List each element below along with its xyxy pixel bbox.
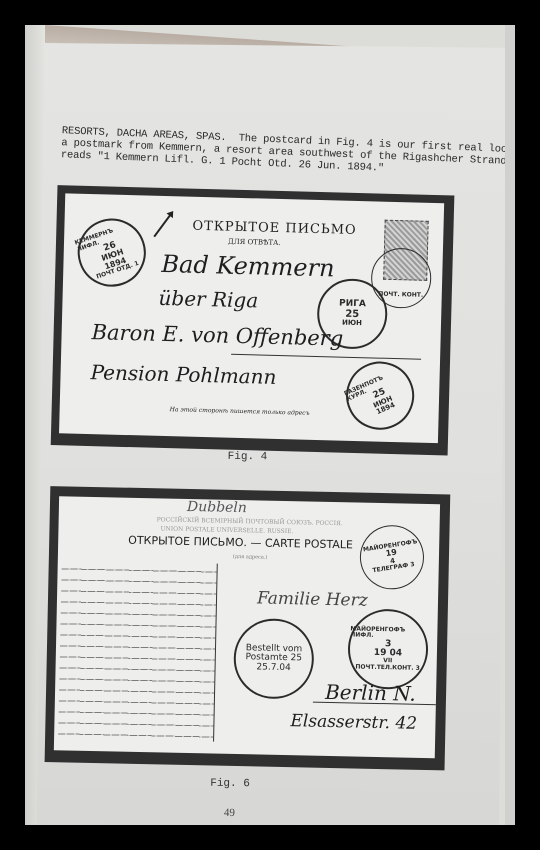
document-page: RESORTS, DACHA AREAS, SPAS. The postcard… xyxy=(37,43,507,825)
handwritten-message xyxy=(58,560,218,741)
address-underline xyxy=(231,354,421,360)
postmark-majorenhof: МАЙОРЕНГОФЪ ЛИФЛ. 3 19 04 VII ПОЧТ.ТЕЛ.К… xyxy=(347,608,429,690)
card-title: ОТКРЫТОЕ ПИСЬМО xyxy=(192,219,357,238)
upu-line-2: UNION POSTALE UNIVERSELLE. RUSSIE. xyxy=(160,525,293,535)
card-footer-note: На этой сторонѣ пишется только адресъ xyxy=(170,406,310,417)
postcard-fig4: ОТКРЫТОЕ ПИСЬМО ДЛЯ ОТВѢТА. КЕММЕРНЪ ЛИФ… xyxy=(59,193,444,443)
address-line-3: Elsasserstr. 42 xyxy=(290,711,417,734)
postmark-majorenhof-telegraph: МАЙОРЕНГОФЪ 19 4 ТЕЛЕГРАФ 3 xyxy=(355,521,428,594)
address-line-3: Baron E. von Offenberg xyxy=(91,320,343,351)
postmark-kemmern: КЕММЕРНЪ ЛИФЛ. 26 ИЮН 1894 ПОЧТ ОТД. 1 xyxy=(69,210,155,296)
postmark-stamp-cancel: ПОЧТ. КОНТ. xyxy=(370,247,432,309)
page-edge xyxy=(505,25,515,825)
figure-6-frame: Dubbeln РОССІЙСКІЙ ВСЕМІРНЫЙ ПОЧТОВЫЙ СО… xyxy=(45,486,451,770)
postmark-bestellt: Bestellt vom Postamte 25 25.7.04 xyxy=(233,618,315,700)
photo-frame: RESORTS, DACHA AREAS, SPAS. The postcard… xyxy=(25,25,515,825)
postmark-hasenpoth: ГАЗЕНПОТЪ КУРЛ. 25 ИЮН 1894 xyxy=(335,351,424,440)
postcard-fig6: Dubbeln РОССІЙСКІЙ ВСЕМІРНЫЙ ПОЧТОВЫЙ СО… xyxy=(54,496,440,758)
arrow-icon xyxy=(153,212,172,237)
watermark: www.philabooks.com xyxy=(124,821,371,825)
page-number: 49 xyxy=(224,807,235,819)
figure-4-frame: ОТКРЫТОЕ ПИСЬМО ДЛЯ ОТВѢТА. КЕММЕРНЪ ЛИФ… xyxy=(51,185,455,455)
header-script: Dubbeln xyxy=(187,499,247,516)
card-subtitle: ДЛЯ ОТВѢТА. xyxy=(228,238,281,247)
intro-paragraph: RESORTS, DACHA AREAS, SPAS. The postcard… xyxy=(61,125,515,181)
card-title: ОТКРЫТОЕ ПИСЬМО. — CARTE POSTALE xyxy=(128,534,353,552)
address-line-2: über Riga xyxy=(158,286,258,313)
address-line-4: Pension Pohlmann xyxy=(90,360,276,389)
figure-4-caption: Fig. 4 xyxy=(228,451,268,463)
address-label: (для адреса.) xyxy=(233,554,268,561)
figure-6-caption: Fig. 6 xyxy=(210,778,250,790)
address-line-1: Familie Herz xyxy=(257,588,368,610)
address-line-1: Bad Kemmern xyxy=(161,250,335,283)
